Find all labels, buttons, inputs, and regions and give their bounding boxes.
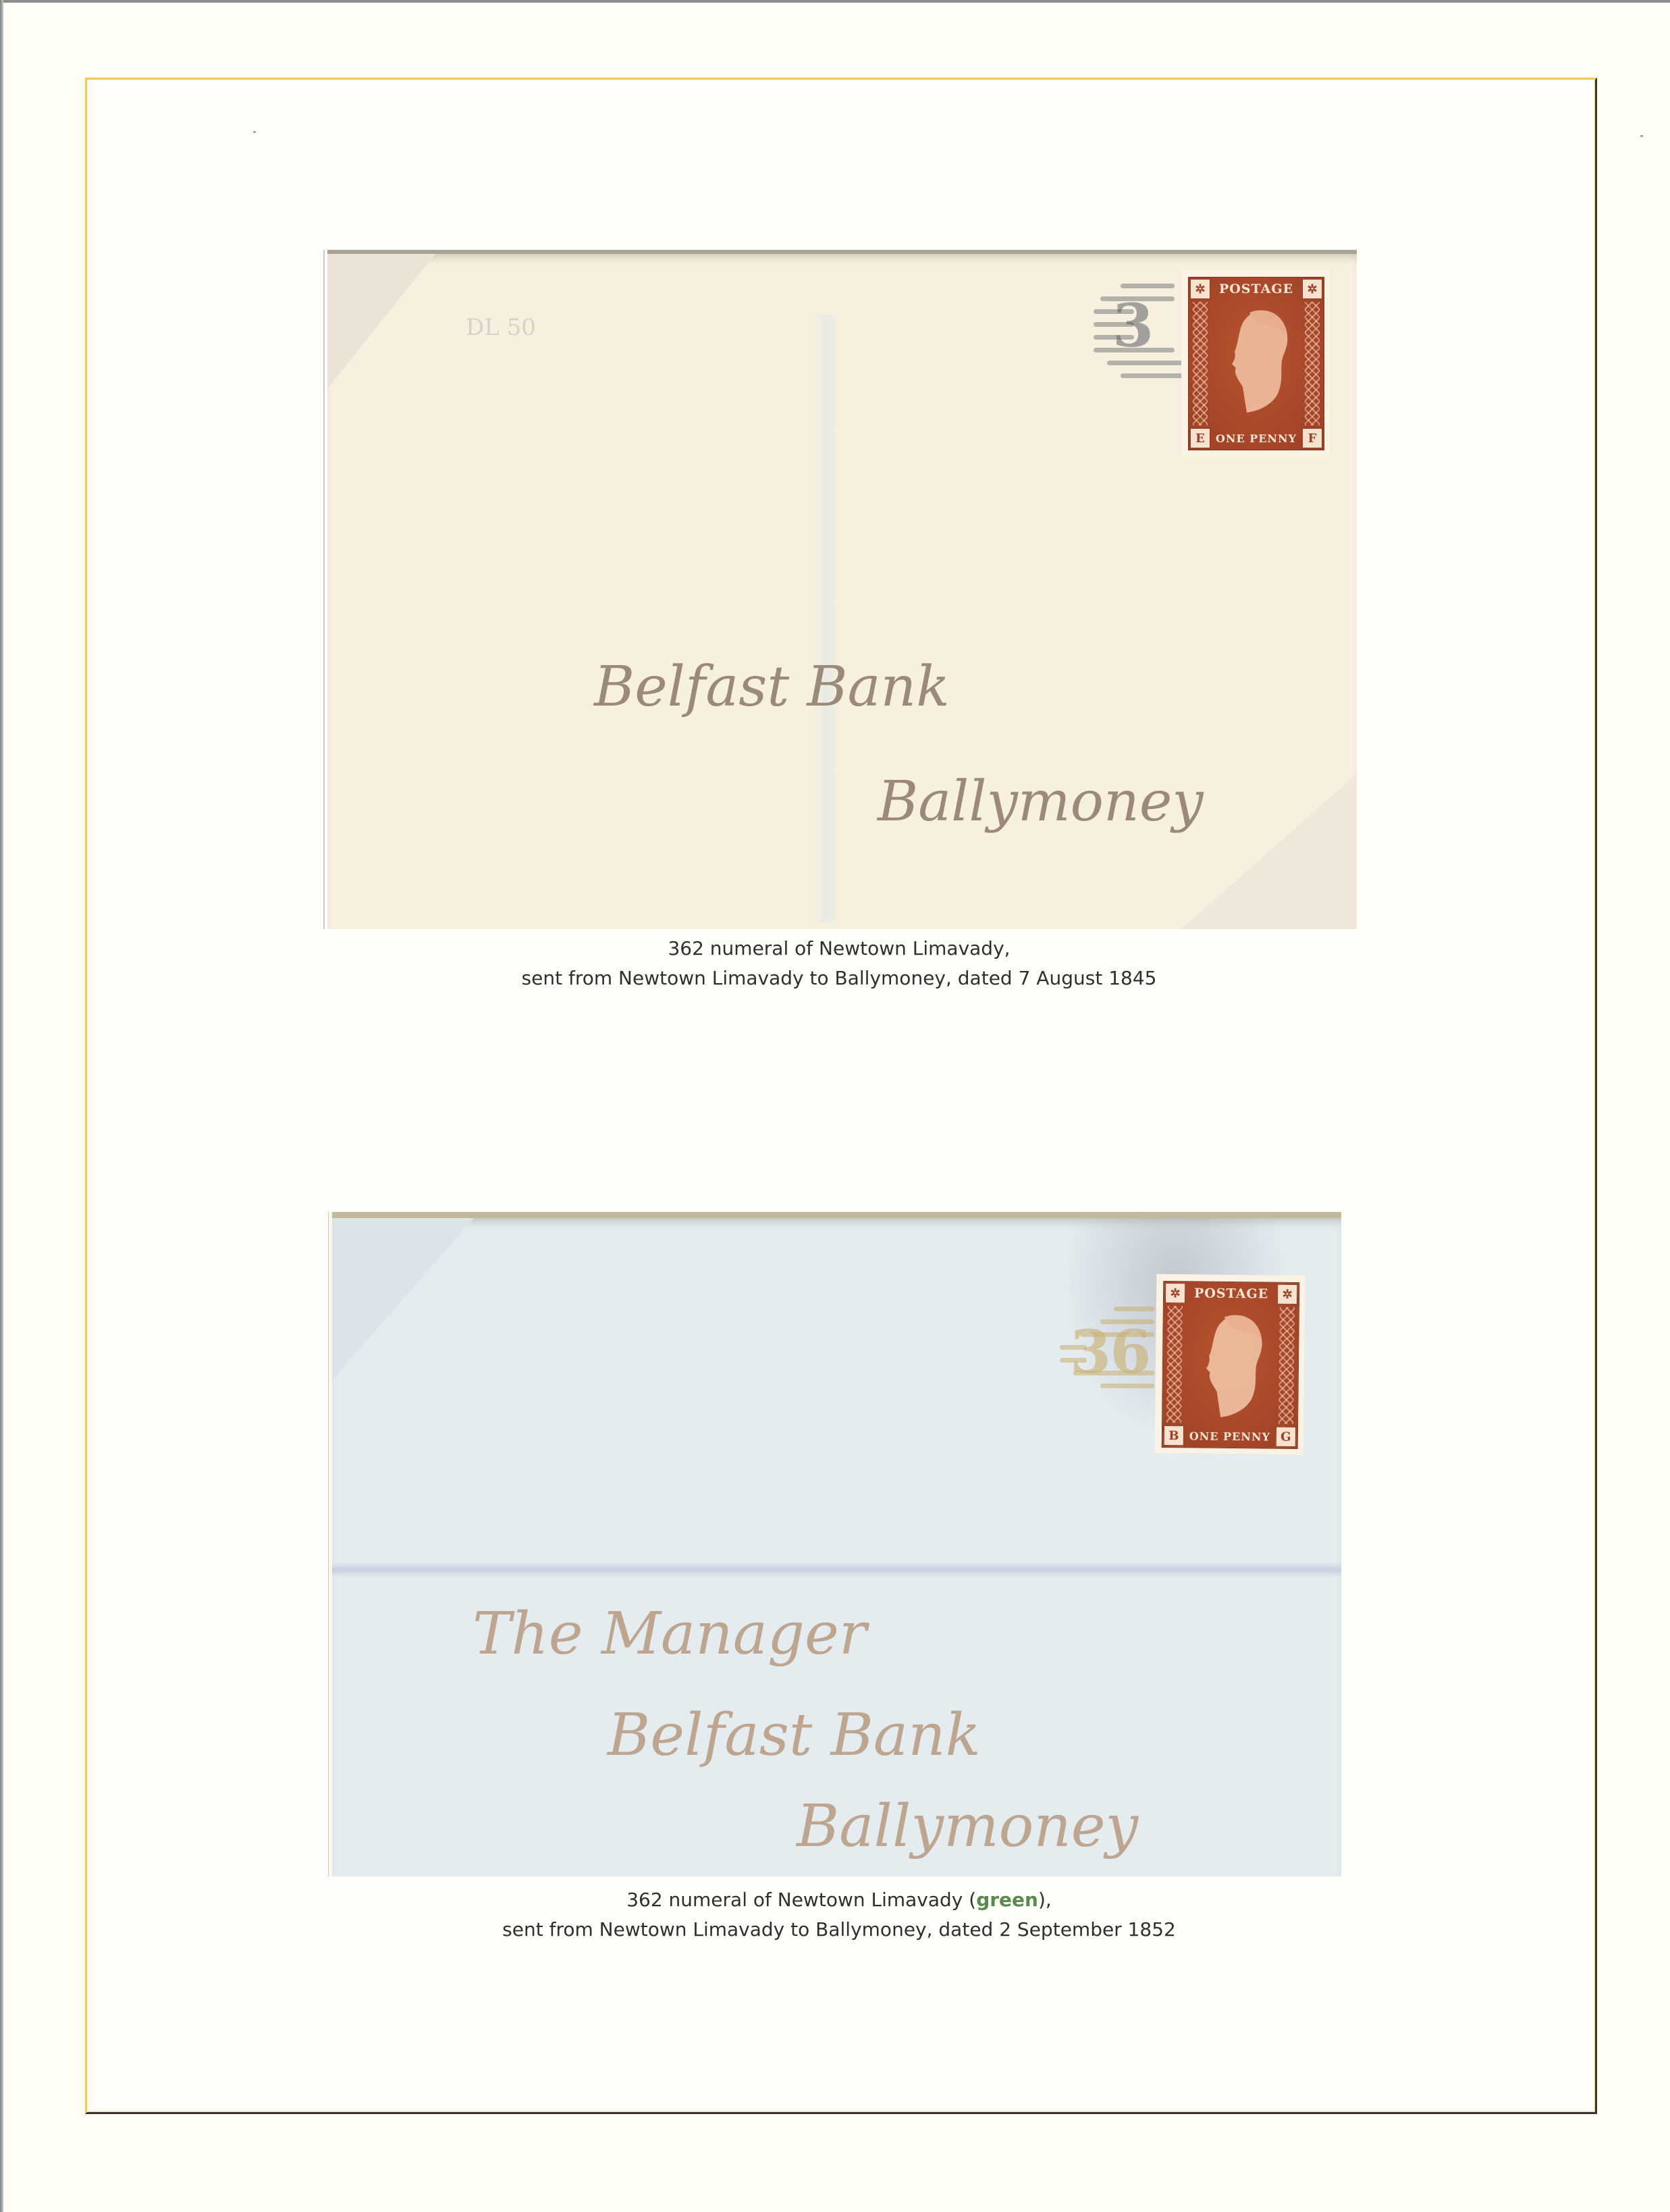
stamp-top-label: POSTAGE xyxy=(1189,279,1324,299)
address-line: Belfast Bank xyxy=(608,1702,981,1769)
envelope-flap xyxy=(332,1218,474,1380)
paper-speck xyxy=(253,131,256,133)
envelope-flap xyxy=(1181,774,1357,929)
caption-line-1: 362 numeral of Newtown Limavady, xyxy=(85,934,1593,964)
paper-speck xyxy=(1640,135,1643,137)
envelope-flap xyxy=(327,254,435,389)
address-line: Belfast Bank xyxy=(594,655,950,719)
numeral-postmark: 36 xyxy=(1070,1317,1150,1387)
stamp-border-lace xyxy=(1305,302,1320,425)
stamp-border-lace xyxy=(1193,302,1208,425)
stamp-border-lace xyxy=(1166,1306,1183,1423)
queen-victoria-profile-icon xyxy=(1229,306,1291,414)
penny-red-stamp: ✲ ✲ POSTAGE E ONE PENNY F xyxy=(1181,270,1330,456)
pencil-note: DL 50 xyxy=(466,314,536,341)
caption-line-1: 362 numeral of Newtown Limavady (green), xyxy=(85,1885,1593,1915)
penny-red-stamp: ✲ ✲ POSTAGE B ONE PENNY G xyxy=(1155,1274,1305,1454)
corner-letter-right: G xyxy=(1276,1427,1296,1447)
caption-line-2: sent from Newtown Limavady to Ballymoney… xyxy=(85,1915,1593,1945)
caption-highlight-green: green xyxy=(976,1889,1038,1911)
stamp-top-label: POSTAGE xyxy=(1164,1283,1299,1305)
fold-line xyxy=(332,1562,1341,1577)
address-line: Ballymoney xyxy=(878,770,1204,834)
address-line: Ballymoney xyxy=(797,1793,1138,1860)
caption-text: ), xyxy=(1038,1889,1052,1911)
address-line: The Manager xyxy=(473,1600,867,1668)
caption-1845: 362 numeral of Newtown Limavady, sent fr… xyxy=(85,934,1593,993)
scanner-edge-left xyxy=(0,0,3,2212)
caption-text: 362 numeral of Newtown Limavady ( xyxy=(626,1889,976,1911)
stamp-border-lace xyxy=(1278,1307,1295,1424)
queen-victoria-profile-icon xyxy=(1203,1311,1266,1419)
corner-letter-right: F xyxy=(1302,428,1322,448)
caption-line-2: sent from Newtown Limavady to Ballymoney… xyxy=(85,964,1593,993)
caption-1852: 362 numeral of Newtown Limavady (green),… xyxy=(85,1885,1593,1945)
scanner-edge-top xyxy=(0,0,1670,3)
numeral-postmark: 3 xyxy=(1112,290,1152,361)
fold-line xyxy=(813,315,840,922)
